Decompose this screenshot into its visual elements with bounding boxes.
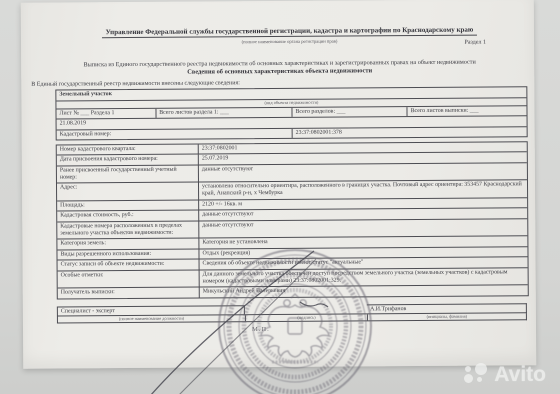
- attribute-label: Особые отметки:: [58, 270, 199, 287]
- attribute-label: Ранее присвоенный государственный учетны…: [57, 165, 198, 182]
- avito-photo-page: { "header": { "authority": "Управление Ф…: [0, 0, 560, 394]
- name-caption: (инициалы, фамилия): [367, 313, 526, 321]
- sheets-in-section: Всего листов раздела 1: ___: [155, 108, 291, 118]
- document-header: Управление Федеральной службы государств…: [69, 18, 510, 45]
- attribute-value: Микульский Андрей Валерьевич: [199, 285, 528, 297]
- attribute-label: Категория земель:: [57, 239, 198, 249]
- object-header-table: Земельный участок (вид объекта недвижимо…: [55, 87, 527, 141]
- attribute-label: Статус записи об объекте недвижимости:: [58, 260, 199, 270]
- document-scan: Управление Федеральной службы государств…: [21, 0, 537, 369]
- attribute-label: Номер кадастрового квартала:: [57, 145, 198, 155]
- attribute-label: Адрес:: [57, 183, 198, 200]
- attribute-label: Виды разрешенного использования:: [57, 249, 198, 259]
- avito-watermark: Avito: [463, 363, 546, 387]
- avito-logo-icon: [463, 363, 489, 387]
- attribute-value: установлено относительно ориентира, расп…: [198, 181, 527, 200]
- avito-watermark-text: Avito: [494, 363, 546, 387]
- signature-block: Специалист - эксперт А.И.Трифанов (полно…: [57, 303, 527, 324]
- position-caption: (полное наименование должности): [58, 315, 245, 323]
- attribute-label: Площадь:: [57, 200, 198, 210]
- attribute-label: Кадастровая стоимость, руб.:: [57, 211, 198, 221]
- table-row: Получатель выписки: Микульский Андрей Ва…: [58, 285, 528, 298]
- total-sheets: Всего листов выписки: ___: [407, 106, 527, 116]
- sign-caption: (подпись): [245, 314, 367, 321]
- authority-name: Управление Федеральной службы государств…: [102, 26, 478, 39]
- cadastral-number-row: Кадастровый номер: 23:37:0802001:378: [57, 127, 527, 140]
- attribute-value: данные отсутствуют: [198, 163, 527, 182]
- attributes-table: Номер кадастрового квартала: 23:37:08020…: [56, 141, 529, 299]
- cadastral-number-label: Кадастровый номер:: [57, 128, 292, 139]
- total-sections: Всего разделов: ___: [291, 107, 406, 117]
- attribute-label: Получатель выписки:: [58, 288, 199, 298]
- attribute-value: данные отсутствуют: [198, 219, 527, 238]
- sheet-number: Лист № ___ Раздела 1: [56, 108, 155, 118]
- cadastral-number-value: 23:37:0802001:378: [292, 127, 527, 138]
- attribute-label: Кадастровые номера расположенных в преде…: [57, 221, 198, 238]
- seal-place-mark: М.П.: [252, 326, 270, 333]
- section-label: Раздел 1: [465, 40, 487, 46]
- attribute-label: Дата присвоения кадастрового номера:: [57, 155, 198, 165]
- attribute-value: Для данного земельного участка обеспечен…: [199, 268, 528, 287]
- authority-caption: (полное наименование органа регистрации …: [69, 37, 510, 45]
